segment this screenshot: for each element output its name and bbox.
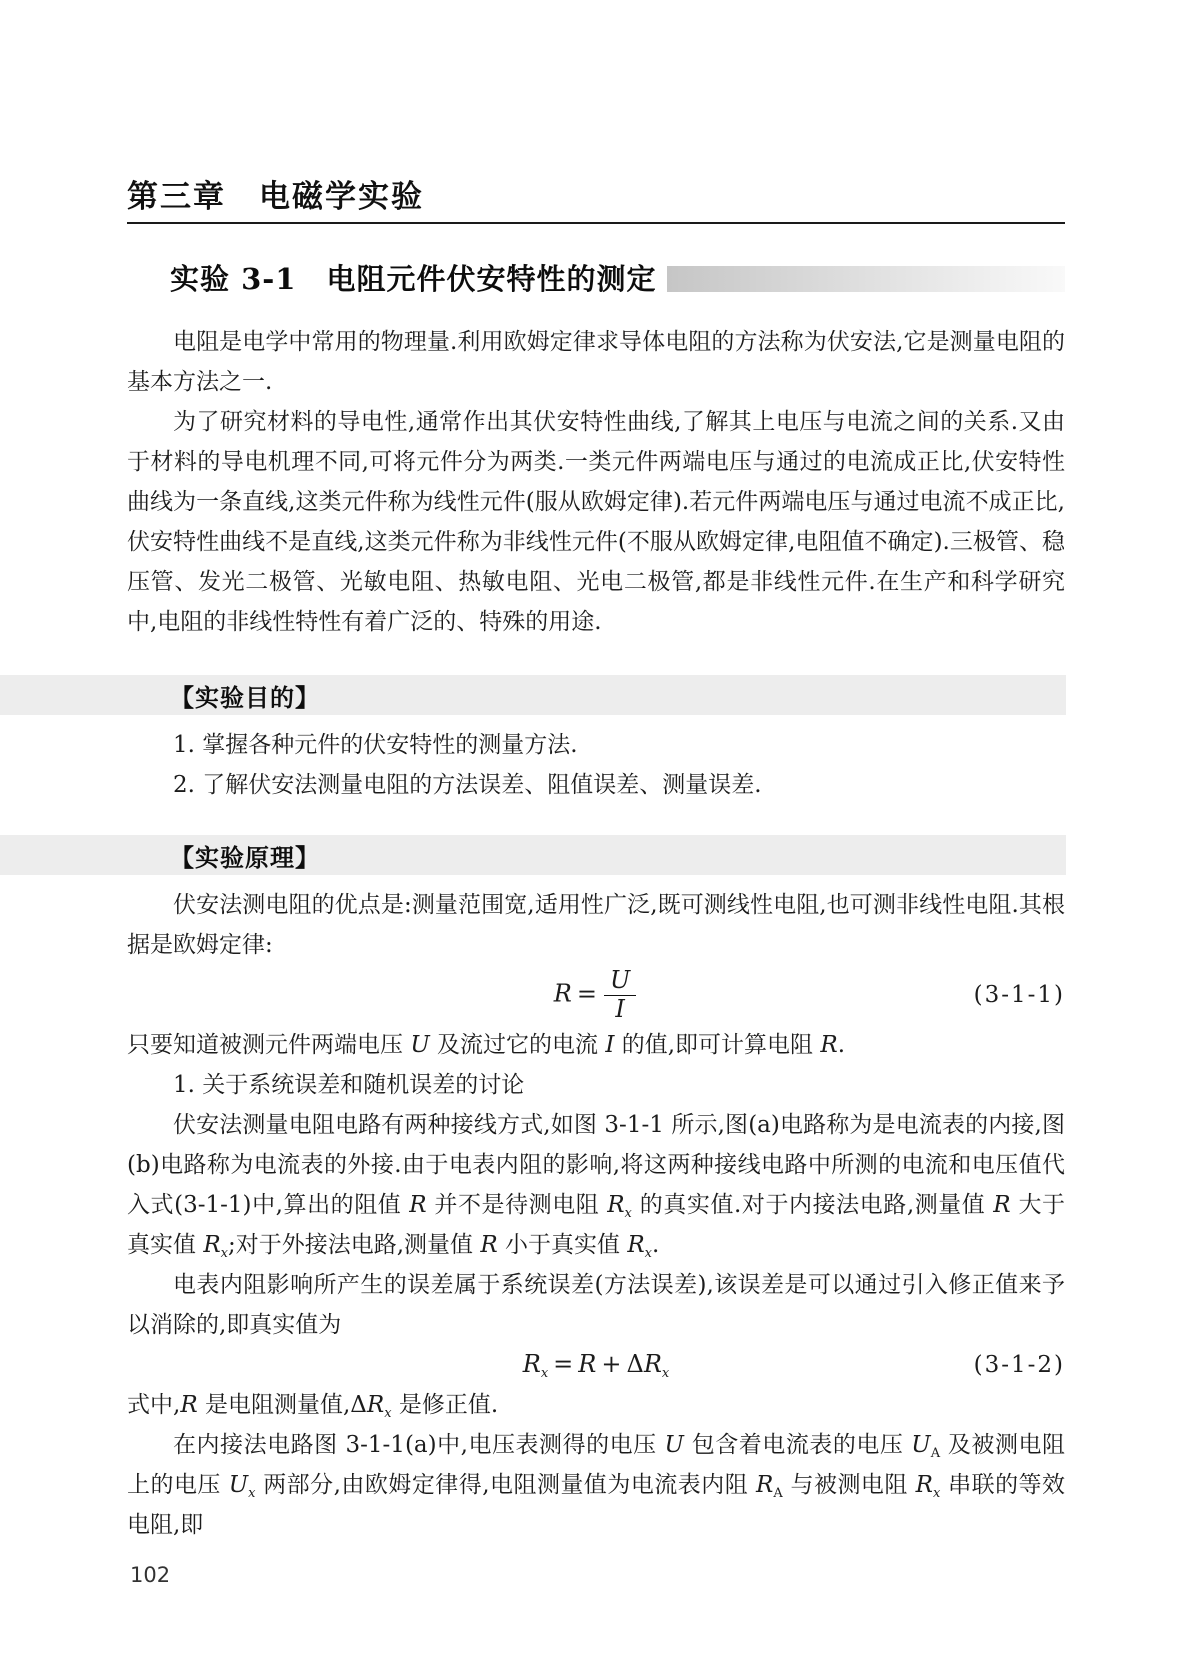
principle-paragraph-2: 只要知道被测元件两端电压 U 及流过它的电流 I 的值,即可计算电阻 R.: [127, 1025, 1065, 1065]
discussion-subheading: 1. 关于系统误差和随机误差的讨论: [127, 1065, 1065, 1105]
principle-heading: 【实验原理】: [170, 838, 320, 873]
variable-R: R: [480, 1232, 497, 1258]
principle-paragraph-6: 在内接法电路图 3-1-1(a)中,电压表测得的电压 U 包含着电流表的电压 U…: [127, 1425, 1065, 1545]
intro-paragraph-1: 电阻是电学中常用的物理量.利用欧姆定律求导体电阻的方法称为伏安法,它是测量电阻的…: [127, 322, 1065, 402]
variable-R: R: [820, 1032, 837, 1058]
purpose-section: 1. 掌握各种元件的伏安特性的测量方法. 2. 了解伏安法测量电阻的方法误差、阻…: [127, 725, 1065, 805]
correction-formula: Rx=R+ΔRx: [523, 1351, 669, 1379]
variable-R: R: [409, 1192, 426, 1218]
text-run: ;对于外接法电路,测量值: [228, 1232, 480, 1258]
variable-U: U: [410, 1032, 429, 1058]
delta-symbol: Δ: [350, 1392, 367, 1418]
text-run: 是修正值.: [392, 1392, 499, 1418]
variable-RA: R: [756, 1472, 773, 1498]
variable-R: R: [993, 1192, 1010, 1218]
fraction: UI: [604, 967, 636, 1023]
intro-paragraph-2: 为了研究材料的导电性,通常作出其伏安特性曲线,了解其上电压与电流之间的关系.又由…: [127, 402, 1065, 642]
variable-Rx: R: [916, 1472, 933, 1498]
purpose-item-2: 2. 了解伏安法测量电阻的方法误差、阻值误差、测量误差.: [127, 765, 1065, 805]
purpose-heading: 【实验目的】: [170, 678, 320, 713]
text-run: 的真实值.对于内接法电路,测量值: [632, 1192, 993, 1218]
variable-R: R: [180, 1392, 197, 1418]
text-run: 及流过它的电流: [430, 1032, 606, 1058]
text-run: 只要知道被测元件两端电压: [127, 1032, 410, 1058]
equals-sign: =: [577, 980, 597, 1008]
delta-symbol: Δ: [626, 1350, 643, 1378]
equation-number-2: (3-1-2): [974, 1352, 1065, 1378]
subscript-x: x: [541, 1366, 548, 1381]
subscript-x: x: [645, 1246, 652, 1261]
plus-sign: +: [601, 1350, 621, 1378]
equation-3-1-2: Rx=R+ΔRx (3-1-2): [127, 1345, 1065, 1385]
subscript-x: x: [625, 1206, 632, 1221]
chapter-divider-rule: [127, 222, 1065, 224]
variable-Rx: R: [367, 1392, 384, 1418]
text-run: 两部分,由欧姆定律得,电阻测量值为电流表内阻: [255, 1472, 756, 1498]
variable-R: R: [578, 1350, 596, 1378]
chapter-title: 第三章 电磁学实验: [127, 180, 1065, 214]
variable-Rx: R: [627, 1232, 644, 1258]
equation-3-1-1: R=UI (3-1-1): [127, 965, 1065, 1025]
principle-paragraph-5: 式中,R 是电阻测量值,ΔRx 是修正值.: [127, 1385, 1065, 1425]
principle-paragraph-4: 电表内阻影响所产生的误差属于系统误差(方法误差),该误差是可以通过引入修正值来予…: [127, 1265, 1065, 1345]
fraction-numerator: U: [604, 967, 636, 996]
intro-section: 电阻是电学中常用的物理量.利用欧姆定律求导体电阻的方法称为伏安法,它是测量电阻的…: [127, 322, 1065, 642]
variable-U: U: [665, 1432, 684, 1458]
formula-lhs: R: [554, 980, 572, 1008]
variable-UA: U: [911, 1432, 930, 1458]
variable-Ux: U: [229, 1472, 248, 1498]
page-number: 102: [130, 1563, 170, 1587]
text-run: 小于真实值: [498, 1232, 628, 1258]
purpose-item-1: 1. 掌握各种元件的伏安特性的测量方法.: [127, 725, 1065, 765]
text-run: .: [652, 1232, 659, 1258]
experiment-title-gradient-bar: [667, 266, 1066, 292]
subscript-x: x: [662, 1366, 669, 1381]
variable-Rx: R: [523, 1350, 541, 1378]
principle-paragraph-1: 伏安法测电阻的优点是:测量范围宽,适用性广泛,既可测线性电阻,也可测非线性电阻.…: [127, 885, 1065, 965]
variable-R: R: [644, 1350, 662, 1378]
text-run: 与被测电阻: [783, 1472, 916, 1498]
equals-sign: =: [553, 1350, 573, 1378]
text-run: .: [838, 1032, 845, 1058]
text-run: 式中,: [127, 1392, 180, 1418]
subscript-A: A: [931, 1446, 940, 1461]
experiment-title-row: 实验 3-1 电阻元件伏安特性的测定: [170, 263, 1065, 295]
principle-heading-band: 【实验原理】: [0, 835, 1066, 875]
variable-Rx: R: [607, 1192, 624, 1218]
text-run: 包含着电流表的电压: [684, 1432, 911, 1458]
variable-Rx: R: [203, 1232, 220, 1258]
experiment-title: 实验 3-1 电阻元件伏安特性的测定: [170, 263, 657, 295]
ohms-law-formula: R=UI: [554, 967, 638, 1023]
text-run: 是电阻测量值,: [198, 1392, 351, 1418]
chapter-header: 第三章 电磁学实验: [0, 180, 1202, 224]
purpose-heading-band: 【实验目的】: [0, 675, 1066, 715]
fraction-denominator: I: [609, 996, 630, 1024]
equation-number-1: (3-1-1): [974, 982, 1065, 1008]
subscript-A: A: [773, 1486, 782, 1501]
principle-paragraph-3: 伏安法测量电阻电路有两种接线方式,如图 3-1-1 所示,图(a)电路称为是电流…: [127, 1105, 1065, 1265]
subscript-x: x: [221, 1246, 228, 1261]
text-run: 并不是待测电阻: [427, 1192, 608, 1218]
subscript-x: x: [384, 1406, 391, 1421]
text-run: 的值,即可计算电阻: [614, 1032, 820, 1058]
textbook-page: 第三章 电磁学实验 实验 3-1 电阻元件伏安特性的测定 电阻是电学中常用的物理…: [0, 0, 1202, 1675]
principle-section: 伏安法测电阻的优点是:测量范围宽,适用性广泛,既可测线性电阻,也可测非线性电阻.…: [127, 885, 1065, 1545]
text-run: 在内接法电路图 3-1-1(a)中,电压表测得的电压: [173, 1432, 665, 1458]
